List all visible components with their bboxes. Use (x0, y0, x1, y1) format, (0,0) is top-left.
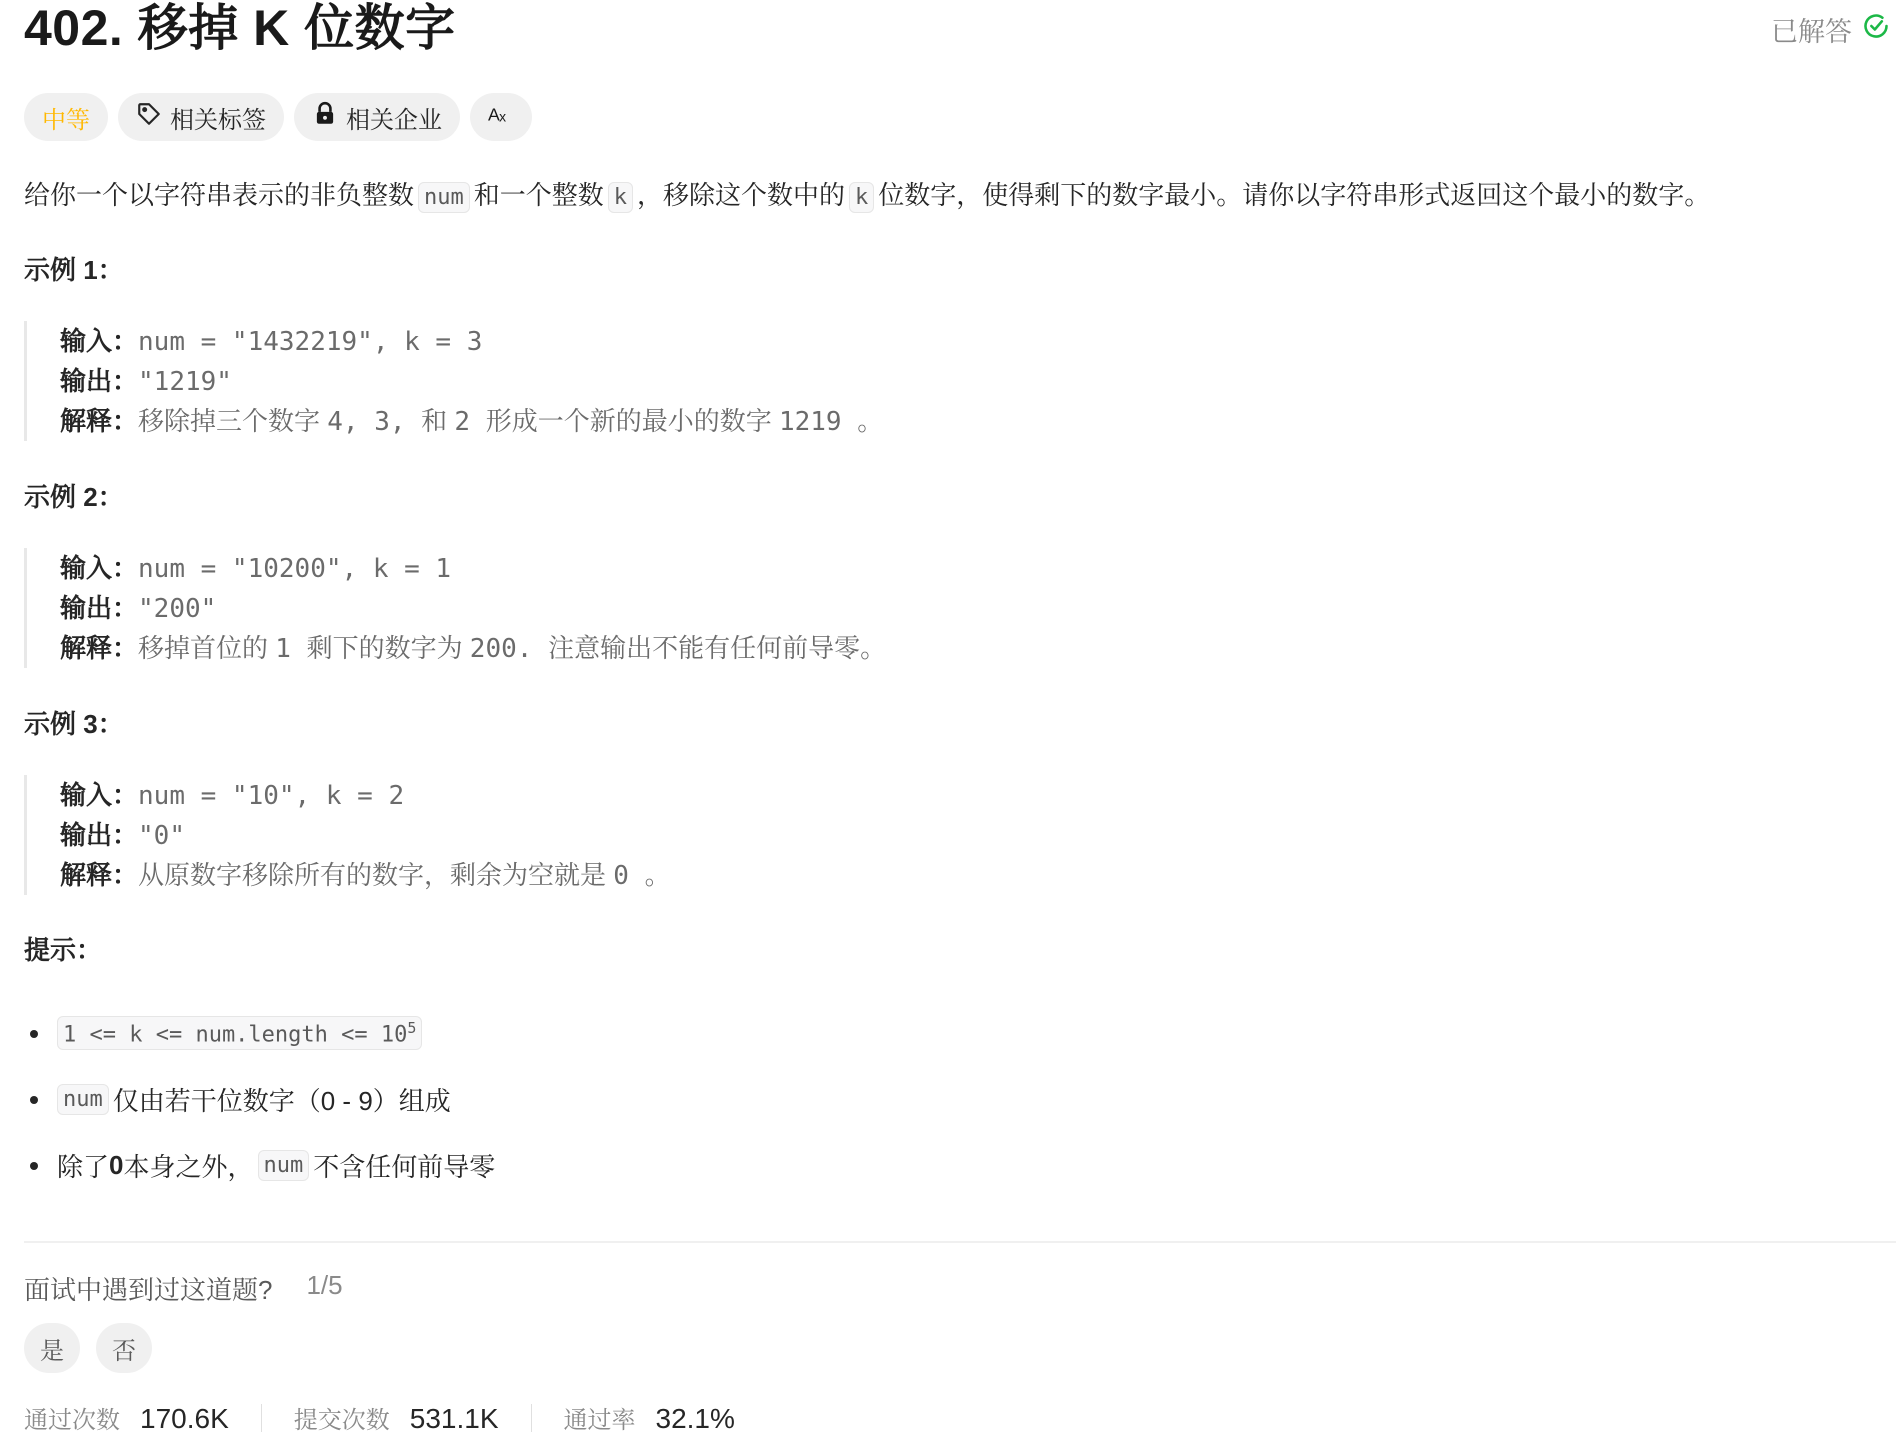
example-2-block: 输入：num = "10200", k = 1 输出："200" 解释：移掉首位… (24, 548, 886, 668)
inline-code: num (258, 1150, 310, 1181)
problem-description: 给你一个以字符串表示的非负整数num和一个整数k，移除这个数中的k位数字，使得剩… (24, 175, 1710, 218)
constraint-text: 本身之外， (123, 1147, 253, 1184)
explanation-code: 1 (275, 634, 306, 664)
difficulty-badge[interactable]: 中等 (24, 93, 108, 141)
output-label: 输出： (60, 366, 138, 396)
problem-title: 402. 移掉 K 位数字 (24, 0, 456, 56)
output-label: 输出： (60, 593, 138, 623)
output-value: "0" (138, 821, 185, 851)
constraint-text: 不含任何前导零 (313, 1147, 495, 1184)
desc-text: 位数字，使得剩下的数字最小。请你以字符串形式返回这个最小的数字。 (878, 180, 1710, 210)
explanation-text: 从原数字移除所有的数字，剩余为空就是 (138, 860, 613, 890)
problem-tags-row: 中等 相关标签 相关企业 A x (24, 93, 532, 141)
related-companies-label: 相关企业 (346, 100, 442, 135)
output-value: "200" (138, 594, 216, 624)
interview-answer-buttons: 是 否 (24, 1323, 152, 1373)
submissions-value: 531.1K (410, 1403, 499, 1435)
stat-separator (261, 1404, 262, 1432)
input-label: 输入： (60, 553, 138, 583)
constraint-text: 除了 (57, 1147, 109, 1184)
related-tags-button[interactable]: 相关标签 (118, 93, 284, 141)
acceptance-rate-label: 通过率 (564, 1400, 636, 1435)
divider (24, 1241, 1896, 1243)
explanation-label: 解释： (60, 406, 138, 436)
interview-count: 1/5 (306, 1270, 342, 1307)
example-1-heading: 示例 1： (24, 250, 124, 287)
output-value: "1219" (138, 367, 232, 397)
explanation-text: 移除掉三个数字 (138, 406, 327, 436)
constraint-item: 1 <= k <= num.length <= 105 (24, 1000, 495, 1066)
interview-question: 面试中遇到过这道题? 1/5 (24, 1270, 343, 1307)
example-2-heading: 示例 2： (24, 477, 124, 514)
yes-button[interactable]: 是 (24, 1323, 80, 1373)
output-label: 输出： (60, 820, 138, 850)
submissions-stat: 提交次数 531.1K (294, 1400, 499, 1435)
explanation-text: 剩下的数字为 (307, 633, 470, 663)
explanation-label: 解释： (60, 860, 138, 890)
explanation-text: 。 (645, 860, 671, 890)
interview-question-label: 面试中遇到过这道题? (24, 1270, 272, 1307)
no-button[interactable]: 否 (96, 1323, 152, 1373)
desc-text: 和一个整数 (474, 180, 604, 210)
submissions-label: 提交次数 (294, 1400, 390, 1435)
translate-button[interactable]: A x (470, 93, 532, 141)
input-label: 输入： (60, 780, 138, 810)
explanation-text: 形成一个新的最小的数字 (486, 406, 779, 436)
explanation-code: 2 (454, 407, 485, 437)
input-value: num = "10200", k = 1 (138, 554, 451, 584)
explanation-code: 0 (613, 861, 644, 891)
stat-separator (531, 1404, 532, 1432)
constraint-text: 仅由若干位数字（0 - 9）组成 (113, 1081, 451, 1118)
related-tags-label: 相关标签 (170, 100, 266, 135)
solved-label: 已解答 (1771, 10, 1852, 49)
constraint-item: num 仅由若干位数字（0 - 9）组成 (24, 1066, 495, 1132)
acceptance-rate-value: 32.1% (656, 1403, 735, 1435)
explanation-code: 4, 3, (327, 407, 421, 437)
example-1-block: 输入：num = "1432219", k = 3 输出："1219" 解释：移… (24, 321, 883, 441)
exponent: 5 (407, 1019, 416, 1037)
inline-code: k (608, 182, 633, 213)
constraints-list: 1 <= k <= num.length <= 105 num 仅由若干位数字（… (24, 1000, 495, 1198)
svg-text:x: x (499, 108, 506, 124)
check-circle-icon (1862, 12, 1890, 47)
inline-code: k (849, 182, 874, 213)
constraints-heading: 提示： (24, 930, 102, 967)
explanation-text: 和 (421, 406, 454, 436)
translate-icon: A x (488, 101, 514, 134)
related-companies-button[interactable]: 相关企业 (294, 93, 460, 141)
accepted-value: 170.6K (140, 1403, 229, 1435)
example-3-heading: 示例 3： (24, 704, 124, 741)
constraint-code: 1 <= k <= num.length <= 10 (63, 1022, 407, 1047)
explanation-text: 移掉首位的 (138, 633, 275, 663)
solved-status: 已解答 (1771, 10, 1890, 49)
desc-text: ，移除这个数中的 (637, 180, 845, 210)
accepted-stat: 通过次数 170.6K (24, 1400, 229, 1435)
tag-icon (136, 101, 162, 134)
constraint-bold: 0 (109, 1150, 123, 1181)
input-label: 输入： (60, 326, 138, 356)
stats-row: 通过次数 170.6K 提交次数 531.1K 通过率 32.1% (24, 1400, 735, 1435)
explanation-text: 。 (857, 406, 883, 436)
explanation-code: 200. (470, 634, 548, 664)
inline-code: 1 <= k <= num.length <= 105 (57, 1016, 422, 1050)
constraint-item: 除了 0 本身之外，num不含任何前导零 (24, 1132, 495, 1198)
accepted-label: 通过次数 (24, 1400, 120, 1435)
inline-code: num (57, 1084, 109, 1115)
lock-icon (312, 101, 338, 134)
explanation-code: 1219 (779, 407, 857, 437)
acceptance-rate-stat: 通过率 32.1% (564, 1400, 735, 1435)
inline-code: num (418, 182, 470, 213)
explanation-text: 注意输出不能有任何前导零。 (548, 633, 886, 663)
title-row: 402. 移掉 K 位数字 已解答 (24, 0, 1896, 60)
explanation-label: 解释： (60, 633, 138, 663)
example-3-block: 输入：num = "10", k = 2 输出："0" 解释：从原数字移除所有的… (24, 775, 671, 895)
svg-text:A: A (488, 104, 500, 124)
input-value: num = "1432219", k = 3 (138, 327, 482, 357)
input-value: num = "10", k = 2 (138, 781, 404, 811)
desc-text: 给你一个以字符串表示的非负整数 (24, 180, 414, 210)
